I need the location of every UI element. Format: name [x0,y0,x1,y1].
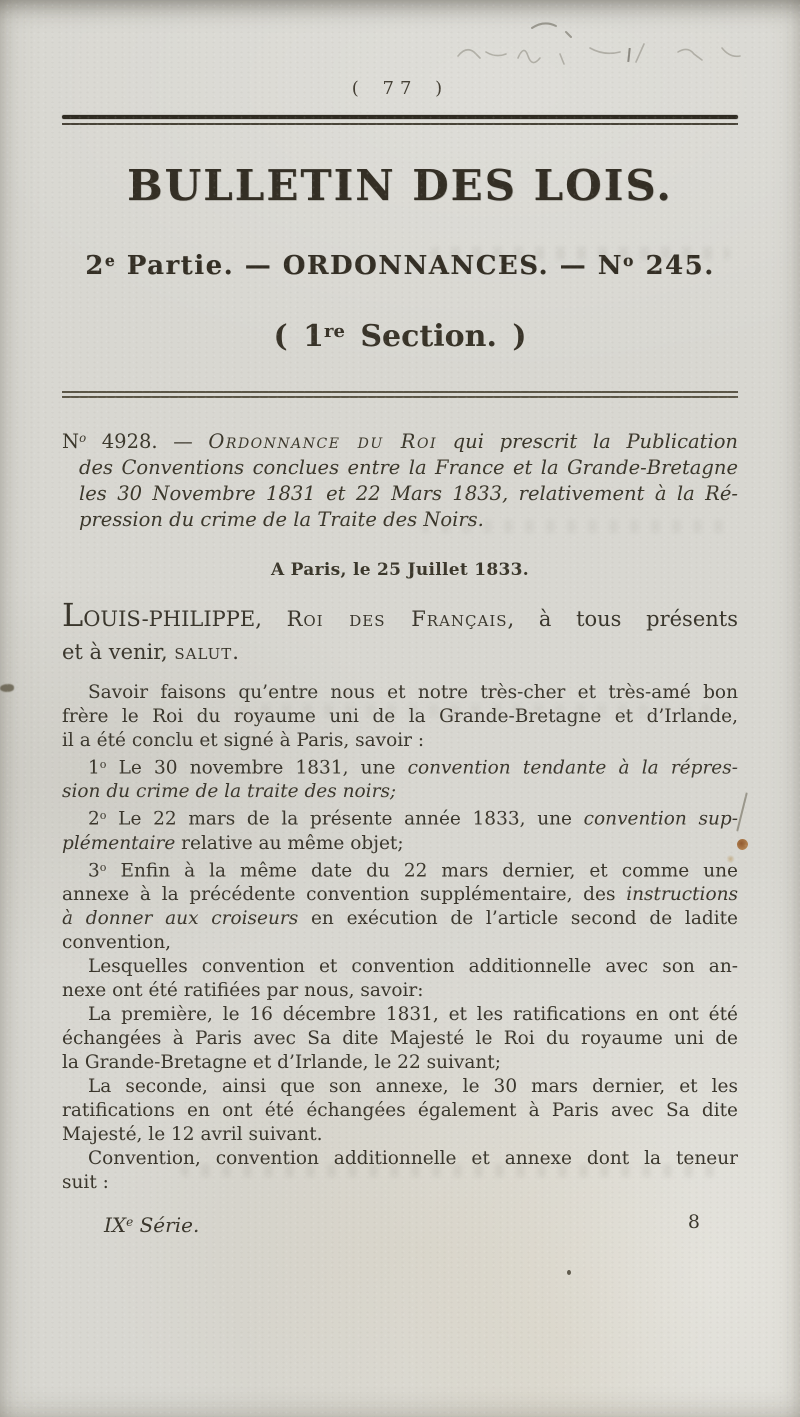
text-line: LOUIS-PHILIPPE, Roi des Français, à tous… [62,603,738,636]
text-segment: Ordonnance du Roi [208,430,437,453]
text-segment: pression du crime de la Traite des Noirs… [79,508,484,531]
text-line: et à venir, salut. [62,636,738,669]
text-line: ratifications en ont été échangées égale… [62,1099,738,1123]
text-segment: Roi des Français [287,607,508,631]
text-segment: ratifications en ont été échangées égale… [62,1100,738,1121]
text-segment: 2 [85,251,105,281]
text-segment: 245. [635,251,715,281]
text-segment: échangées à Paris avec Sa dite Majesté l… [62,1028,738,1049]
dateline: A Paris, le 25 Juillet 1833. [62,559,738,581]
text-segment: convention tendante à la répres- [408,757,738,778]
text-segment: les 30 Novembre 1831 et 22 Mars 1833, re… [79,482,738,505]
text-segment: IX [104,1213,126,1237]
text-segment: e [105,251,116,270]
text-segment: des Conventions conclues entre la France… [79,456,738,479]
text-segment: et à venir, [62,640,174,664]
double-rule-top [62,115,738,125]
text-segment: qui prescrit la Publication [437,430,738,453]
text-segment: Enfin à la même date du 22 mars dernier,… [106,860,738,881]
text-line: Majesté, le 12 avril suivant. [62,1123,738,1147]
text-segment: ( 1 [273,319,324,354]
text-segment: suit : [62,1172,109,1193]
paragraph: Convention, convention additionnelle et … [62,1147,738,1195]
text-line: 3o Enfin à la même date du 22 mars derni… [62,856,738,884]
text-segment: il a été conclu et signé à Paris, savoir… [62,730,424,751]
paragraph: La première, le 16 décembre 1831, et les… [62,1003,738,1075]
ink-speck [0,684,14,692]
text-line: Lesquelles convention et convention addi… [62,955,738,979]
text-line: sion du crime de la traite des noirs; [62,780,738,804]
foxing-spot [737,839,748,850]
text-segment: 3 [88,860,100,881]
rule-thin [62,123,738,125]
text-line: plémentaire relative au même objet; [62,832,738,856]
text-segment: instructions [626,884,738,905]
ordinance-heading: No 4928. — Ordonnance du Roi qui prescri… [62,425,738,533]
text-segment: sion du crime de la traite des noirs; [62,781,396,802]
text-segment: 2 [88,809,100,830]
masthead-title: BULLETIN DES LOIS. [62,159,738,213]
text-line: la Grande-Bretagne et d’Irlande, le 22 s… [62,1051,738,1075]
footer-line: IXe Série. 8 [62,1209,738,1238]
text-segment: N [62,430,79,453]
foxing-spot [726,855,735,863]
text-segment: Majesté, le 12 avril suivant. [62,1124,323,1145]
section-line: ( 1re Section. ) [62,312,738,357]
text-segment: relative au même objet; [175,833,403,854]
text-segment: L [62,596,83,634]
text-segment: Savoir faisons qu’entre nous et notre tr… [88,682,738,703]
text-line: 1o Le 30 novembre 1831, une convention t… [62,753,738,781]
text-segment: Le 30 novembre 1831, une [106,757,407,778]
text-segment: Série. [133,1213,199,1237]
text-line: pression du crime de la Traite des Noirs… [62,507,738,533]
rule-thick [62,115,738,119]
body-text: LOUIS-PHILIPPE, Roi des Français, à tous… [62,603,738,1196]
page-content: ( 77 ) BULLETIN DES LOIS. 2e Partie. — O… [0,0,800,1238]
part-line: 2e Partie. — ORDONNANCES. — No 245. [62,243,738,284]
text-segment: re [324,321,345,342]
text-segment: plémentaire [62,833,175,854]
rule-thin-2 [62,396,738,398]
text-segment: OUIS-PHILIPPE, [83,607,286,631]
paragraph: 2o Le 22 mars de la présente année 1833,… [62,804,738,856]
text-line: il a été conclu et signé à Paris, savoir… [62,729,738,753]
text-line: La seconde, ainsi que son annexe, le 30 … [62,1075,738,1099]
text-segment: à donner aux croiseurs [62,908,298,929]
text-line: nexe ont été ratifiées par nous, savoir: [62,979,738,1003]
text-segment: frère le Roi du royaume uni de la Grande… [62,706,738,727]
paragraph: LOUIS-PHILIPPE, Roi des Français, à tous… [62,603,738,669]
text-line: échangées à Paris avec Sa dite Majesté l… [62,1027,738,1051]
paragraph: 1o Le 30 novembre 1831, une convention t… [62,753,738,805]
paragraph: 3o Enfin à la même date du 22 mars derni… [62,856,738,956]
paragraph: La seconde, ainsi que son annexe, le 30 … [62,1075,738,1147]
text-segment: , à tous présents [508,607,738,631]
text-segment: convention sup- [584,809,738,830]
double-rule-thin [62,391,738,398]
rule-thin-1 [62,391,738,393]
text-line: annexe à la précédente convention supplé… [62,883,738,907]
paragraph: Lesquelles convention et convention addi… [62,955,738,1003]
page-number: ( 77 ) [62,76,738,102]
text-line: La première, le 16 décembre 1831, et les… [62,1003,738,1027]
text-segment: o [623,251,635,270]
text-line: suit : [62,1171,738,1195]
document-page: ( 77 ) BULLETIN DES LOIS. 2e Partie. — O… [0,0,800,1417]
text-line: No 4928. — Ordonnance du Roi qui prescri… [62,425,738,455]
text-line: frère le Roi du royaume uni de la Grande… [62,705,738,729]
text-segment: La première, le 16 décembre 1831, et les… [88,1004,738,1025]
printer-signature-number: 8 [688,1209,700,1238]
text-segment: Lesquelles convention et convention addi… [88,956,738,977]
text-line: les 30 Novembre 1831 et 22 Mars 1833, re… [62,481,738,507]
paragraph: Savoir faisons qu’entre nous et notre tr… [62,681,738,753]
text-segment: 1 [88,757,100,778]
text-line: des Conventions conclues entre la France… [62,455,738,481]
series-label: IXe Série. [104,1209,199,1238]
text-segment: La seconde, ainsi que son annexe, le 30 … [88,1076,738,1097]
text-line: convention, [62,931,738,955]
text-segment: nexe ont été ratifiées par nous, savoir: [62,980,423,1001]
ink-dot [567,1270,571,1275]
text-line: 2o Le 22 mars de la présente année 1833,… [62,804,738,832]
text-segment: salut. [174,640,240,664]
text-segment: Convention, convention additionnelle et … [88,1148,738,1169]
text-segment: en exécution de l’article second de ladi… [298,908,738,929]
text-segment: Le 22 mars de la présente année 1833, un… [106,809,583,830]
text-segment: Section. ) [345,319,527,354]
text-line: Convention, convention additionnelle et … [62,1147,738,1171]
text-line: Savoir faisons qu’entre nous et notre tr… [62,681,738,705]
text-segment: 4928. — [86,430,208,453]
text-segment: convention, [62,932,171,953]
text-segment: Partie. — ORDONNANCES. — N [116,251,623,281]
text-line: à donner aux croiseurs en exécution de l… [62,907,738,931]
text-segment: annexe à la précédente convention supplé… [62,884,626,905]
text-segment: la Grande-Bretagne et d’Irlande, le 22 s… [62,1052,501,1073]
